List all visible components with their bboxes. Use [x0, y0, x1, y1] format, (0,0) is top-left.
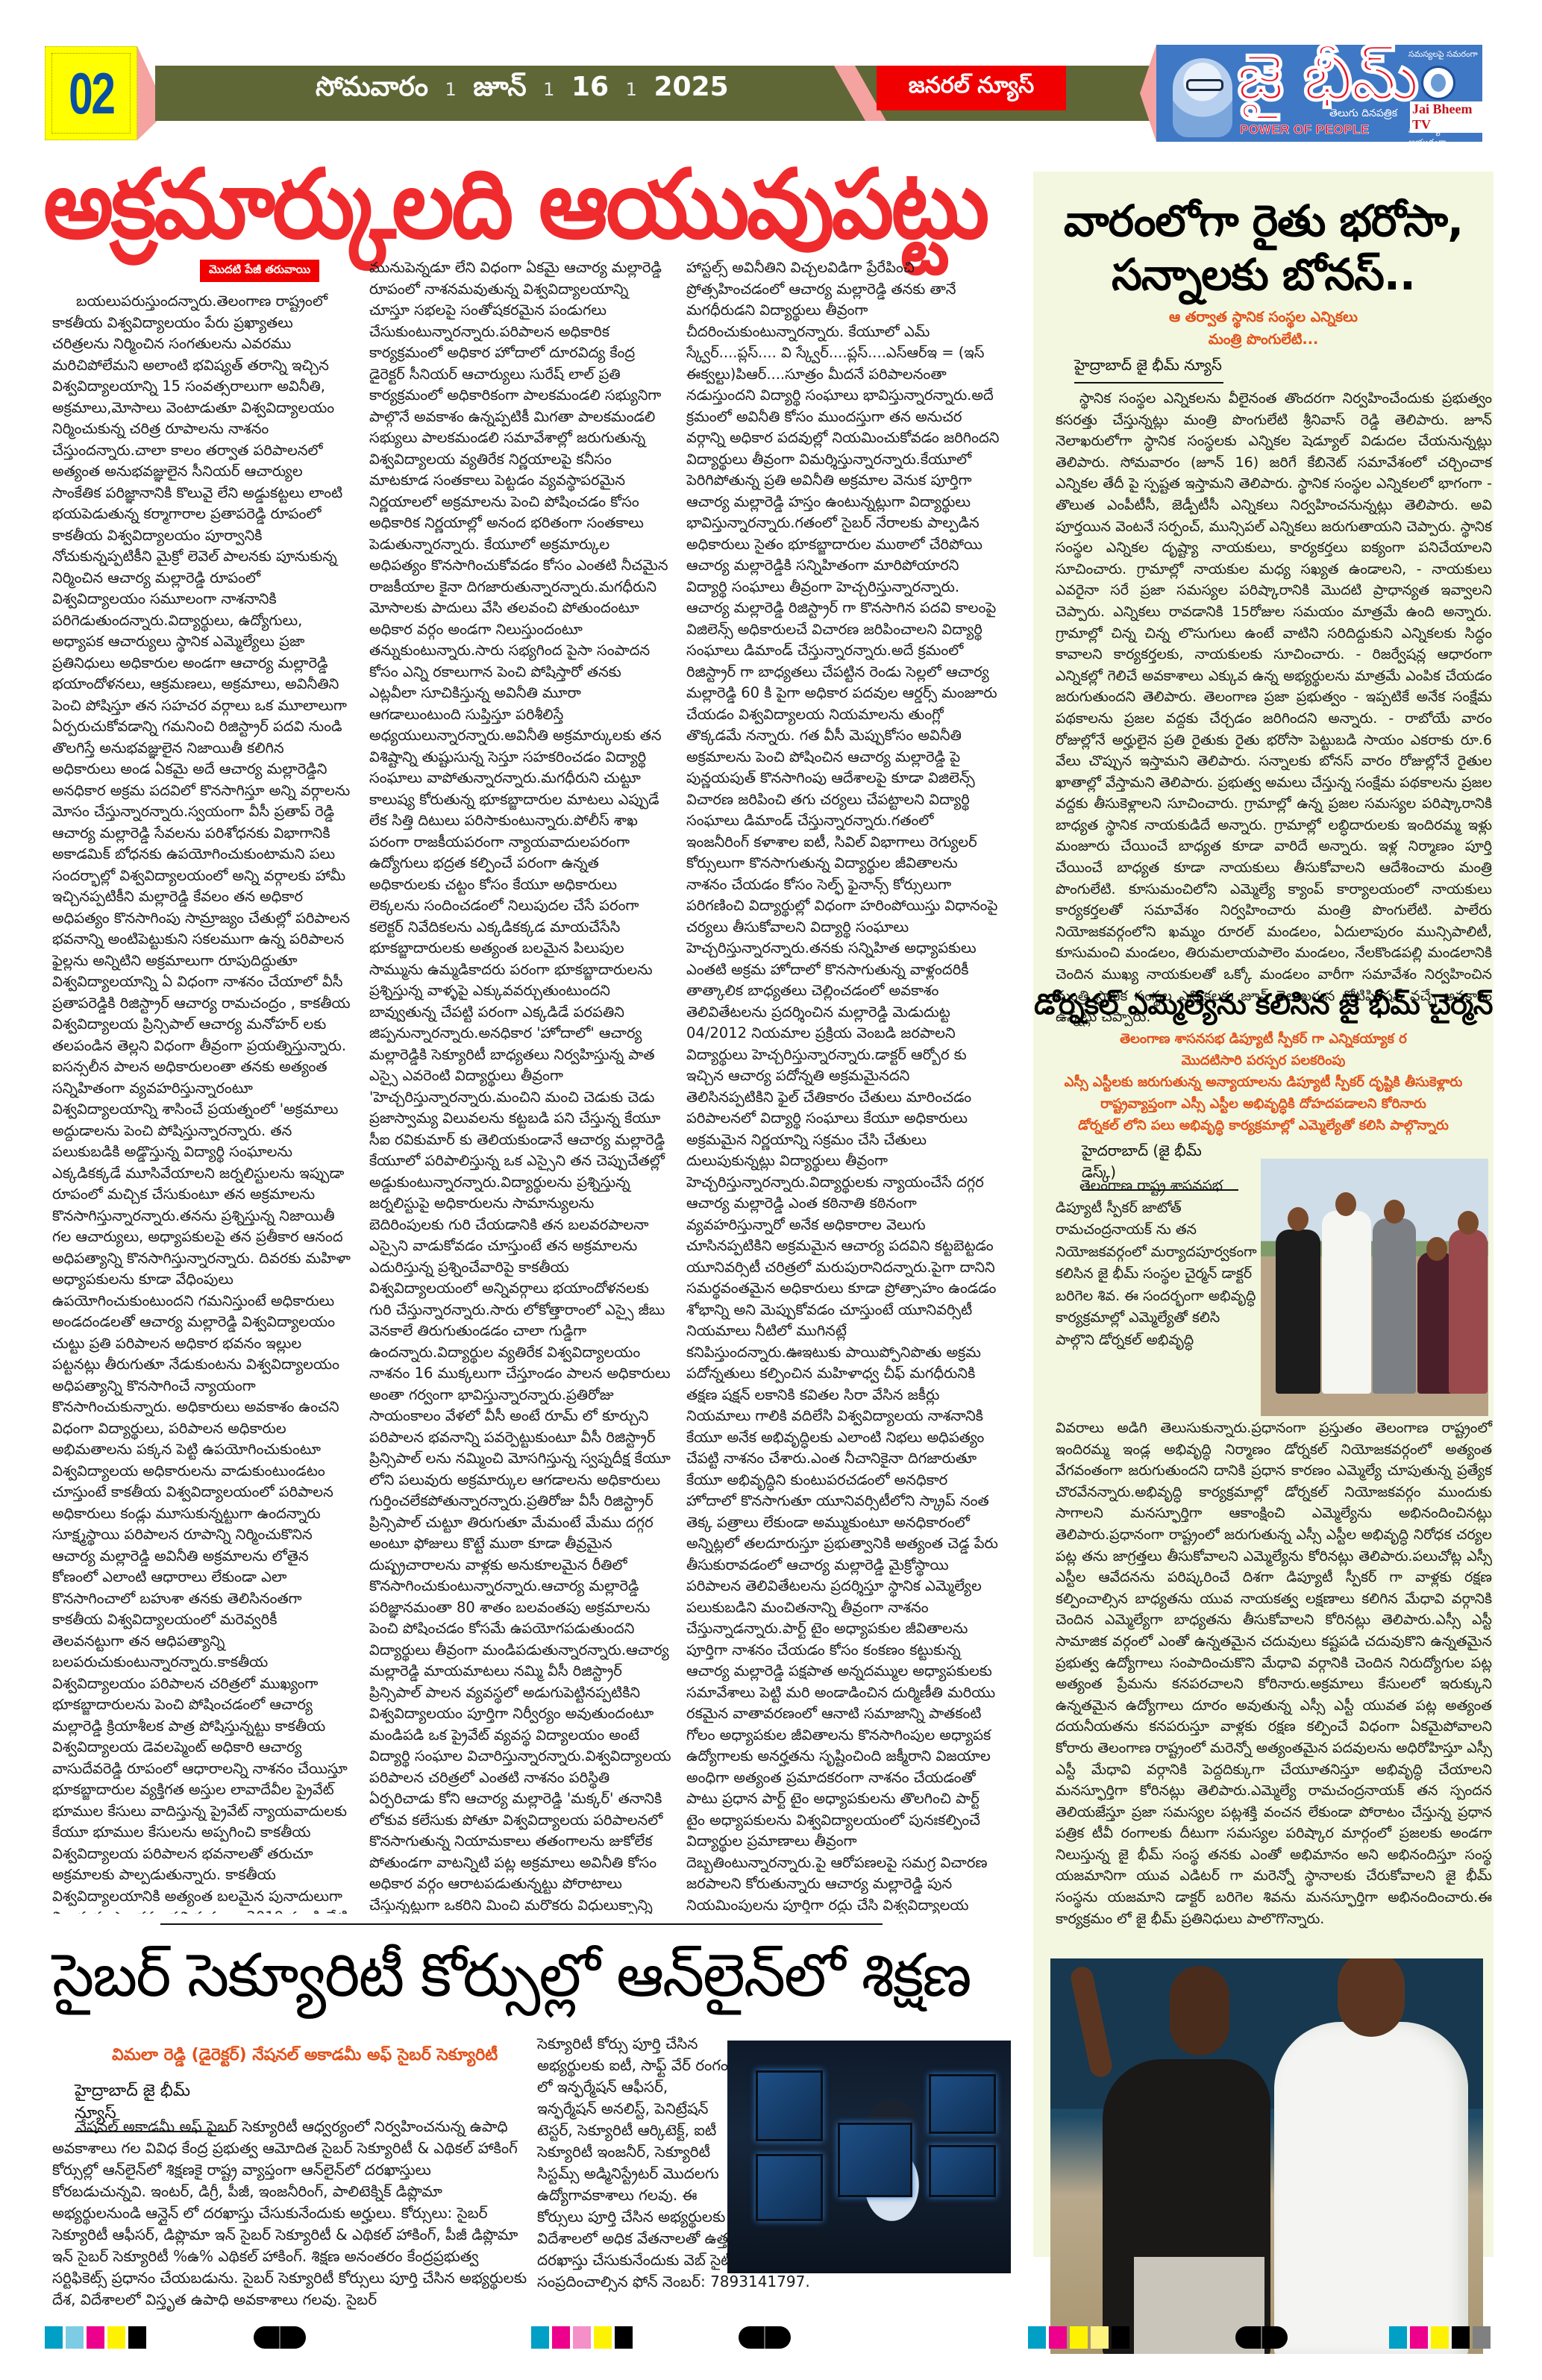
- color-swatch: [1049, 2326, 1067, 2349]
- color-swatch: [1389, 2326, 1407, 2349]
- monitor-icon: [929, 2145, 996, 2197]
- registration-pill-mark: [739, 2326, 791, 2349]
- rythu-bharosa-subhead: ఆ తర్వాత స్థానిక సంస్థల ఎన్నికలు మంత్రి …: [1033, 306, 1494, 351]
- cyber-body-right-narrow: సెక్యూరిటీ కోర్సు పూర్తి చేసిన అభ్యర్థుల…: [537, 2033, 731, 2228]
- continued-from-front-page-tag: మొదటి పేజీ తరువాయి: [200, 260, 319, 282]
- color-swatch: [1091, 2326, 1109, 2349]
- brand-slogan-top: సమస్యలపై సమరంగా: [1408, 49, 1478, 61]
- color-swatch: [1410, 2326, 1428, 2349]
- color-registration-strip-left: [45, 2326, 146, 2349]
- registration-pill-mark: [1235, 2326, 1288, 2349]
- monitor-icon: [756, 2154, 823, 2221]
- cyber-headline: సైబర్ సెక్యూరిటీ కోర్సుల్లో ఆన్‌లైన్‌లో …: [52, 1940, 1000, 2011]
- color-swatch: [615, 2326, 633, 2349]
- cyber-byline: విమలా రెడ్డి (డైరెక్టర్) నేషనల్ అకాడమీ అ…: [112, 2046, 498, 2068]
- color-swatch: [107, 2326, 125, 2349]
- brand-tagline-telugu: తెలుగు దినపత్రిక: [1329, 107, 1397, 122]
- page-number-box: 02: [45, 46, 137, 140]
- color-swatch: [1452, 2326, 1470, 2349]
- main-story-column-2: మునుపెన్నడూ లేని విధంగా ఏకమై ఆచార్య మల్ల…: [369, 257, 671, 1914]
- issue-date: సోమవారం 1 జూన్ 1 16 1 2025: [316, 72, 729, 109]
- cyber-security-photo: [727, 2041, 1011, 2273]
- color-registration-strip-middle: [531, 2326, 633, 2349]
- section-tag: జనరల్ న్యూస్: [877, 66, 1066, 110]
- monitor-icon: [838, 2123, 912, 2197]
- color-swatch: [573, 2326, 591, 2349]
- monitor-icon: [756, 2070, 823, 2141]
- color-registration-strip-right-a: [1028, 2326, 1129, 2349]
- rythu-bharosa-body: స్థానిక సంస్థల ఎన్నికలను వీలైనంత తొందరగా…: [1056, 388, 1492, 1028]
- logo-fold: [1140, 45, 1156, 142]
- masthead-logo: జై భీమ్ తెలుగు దినపత్రిక POWER OF PEOPLE…: [1156, 45, 1482, 142]
- date-weekday: సోమవారం: [316, 72, 428, 102]
- date-year: 2025: [654, 72, 728, 102]
- rythu-bharosa-dateline: హైద్రాబాద్ జై భీమ్ న్యూస్: [1074, 356, 1223, 383]
- ambedkar-portrait-icon: [1173, 58, 1232, 137]
- registration-pill-mark: [254, 2326, 306, 2349]
- color-swatch: [45, 2326, 63, 2349]
- cyber-body-left: నేషనల్ అకాడమీ అఫ్ సైబర్ సెక్యూరిటీ ఆధ్వర…: [52, 2116, 530, 2311]
- date-day: 16: [571, 72, 609, 102]
- main-story-column-3: హాస్టల్స్ అవినీతిని విచ్చలవిడిగా ప్రేరేప…: [686, 257, 1000, 1914]
- color-swatch: [1028, 2326, 1046, 2349]
- dornakal-body-wide: వివరాలు అడిగి తెలుసుకున్నారు.ప్రధానంగా ప…: [1056, 1418, 1492, 1929]
- page-number: 02: [69, 60, 114, 128]
- chairman-with-mla-photo: [1050, 1958, 1483, 2354]
- brand-tagline-english: POWER OF PEOPLE: [1240, 122, 1370, 137]
- rythu-bharosa-headline: వారంలోగా రైతు భరోసా, సన్నాలకు బోనస్..: [1033, 194, 1494, 301]
- page-number-fold: [137, 46, 157, 140]
- date-month: జూన్: [473, 72, 526, 102]
- section-divider: [160, 1923, 883, 1925]
- color-swatch: [594, 2326, 612, 2349]
- main-headline: అక్రమార్కులది ఆయువుపట్టు: [43, 142, 929, 269]
- color-swatch: [1473, 2326, 1491, 2349]
- color-swatch: [1070, 2326, 1088, 2349]
- right-panel: వారంలోగా రైతు భరోసా, సన్నాలకు బోనస్.. ఆ …: [1033, 172, 1494, 2257]
- group-photo: [1261, 1159, 1488, 1416]
- brand-slogan-bottom: సామాన్యుడి ఆయుధంగా: [1408, 125, 1482, 142]
- color-swatch: [1431, 2326, 1449, 2349]
- dornakal-headline: డోర్నకల్ ఎమ్మెల్యేను కలిసిన జై భీమ్ చైర్…: [1033, 985, 1494, 1024]
- color-swatch: [1112, 2326, 1129, 2349]
- color-swatch: [87, 2326, 104, 2349]
- monitor-icon: [929, 2074, 996, 2134]
- color-swatch: [531, 2326, 549, 2349]
- main-story-column-1: బయలుపరుస్తుందన్నారు.తెలంగాణ రాష్ట్రంలో క…: [52, 291, 351, 1914]
- dornakal-body-narrow: తెలంగాణ రాష్ట్ర శాసనసభ డిప్యూటీ స్పీకర్ …: [1056, 1175, 1257, 1351]
- dornakal-subhead: తెలంగాణ శాసనసభ డిప్యూటీ స్పీకర్ గా ఎన్ని…: [1033, 1028, 1494, 1136]
- color-swatch: [552, 2326, 570, 2349]
- color-swatch: [66, 2326, 84, 2349]
- color-registration-strip-right-b: [1389, 2326, 1491, 2349]
- color-swatch: [128, 2326, 146, 2349]
- jai-bheem-tv-emblem-icon: [1421, 66, 1455, 100]
